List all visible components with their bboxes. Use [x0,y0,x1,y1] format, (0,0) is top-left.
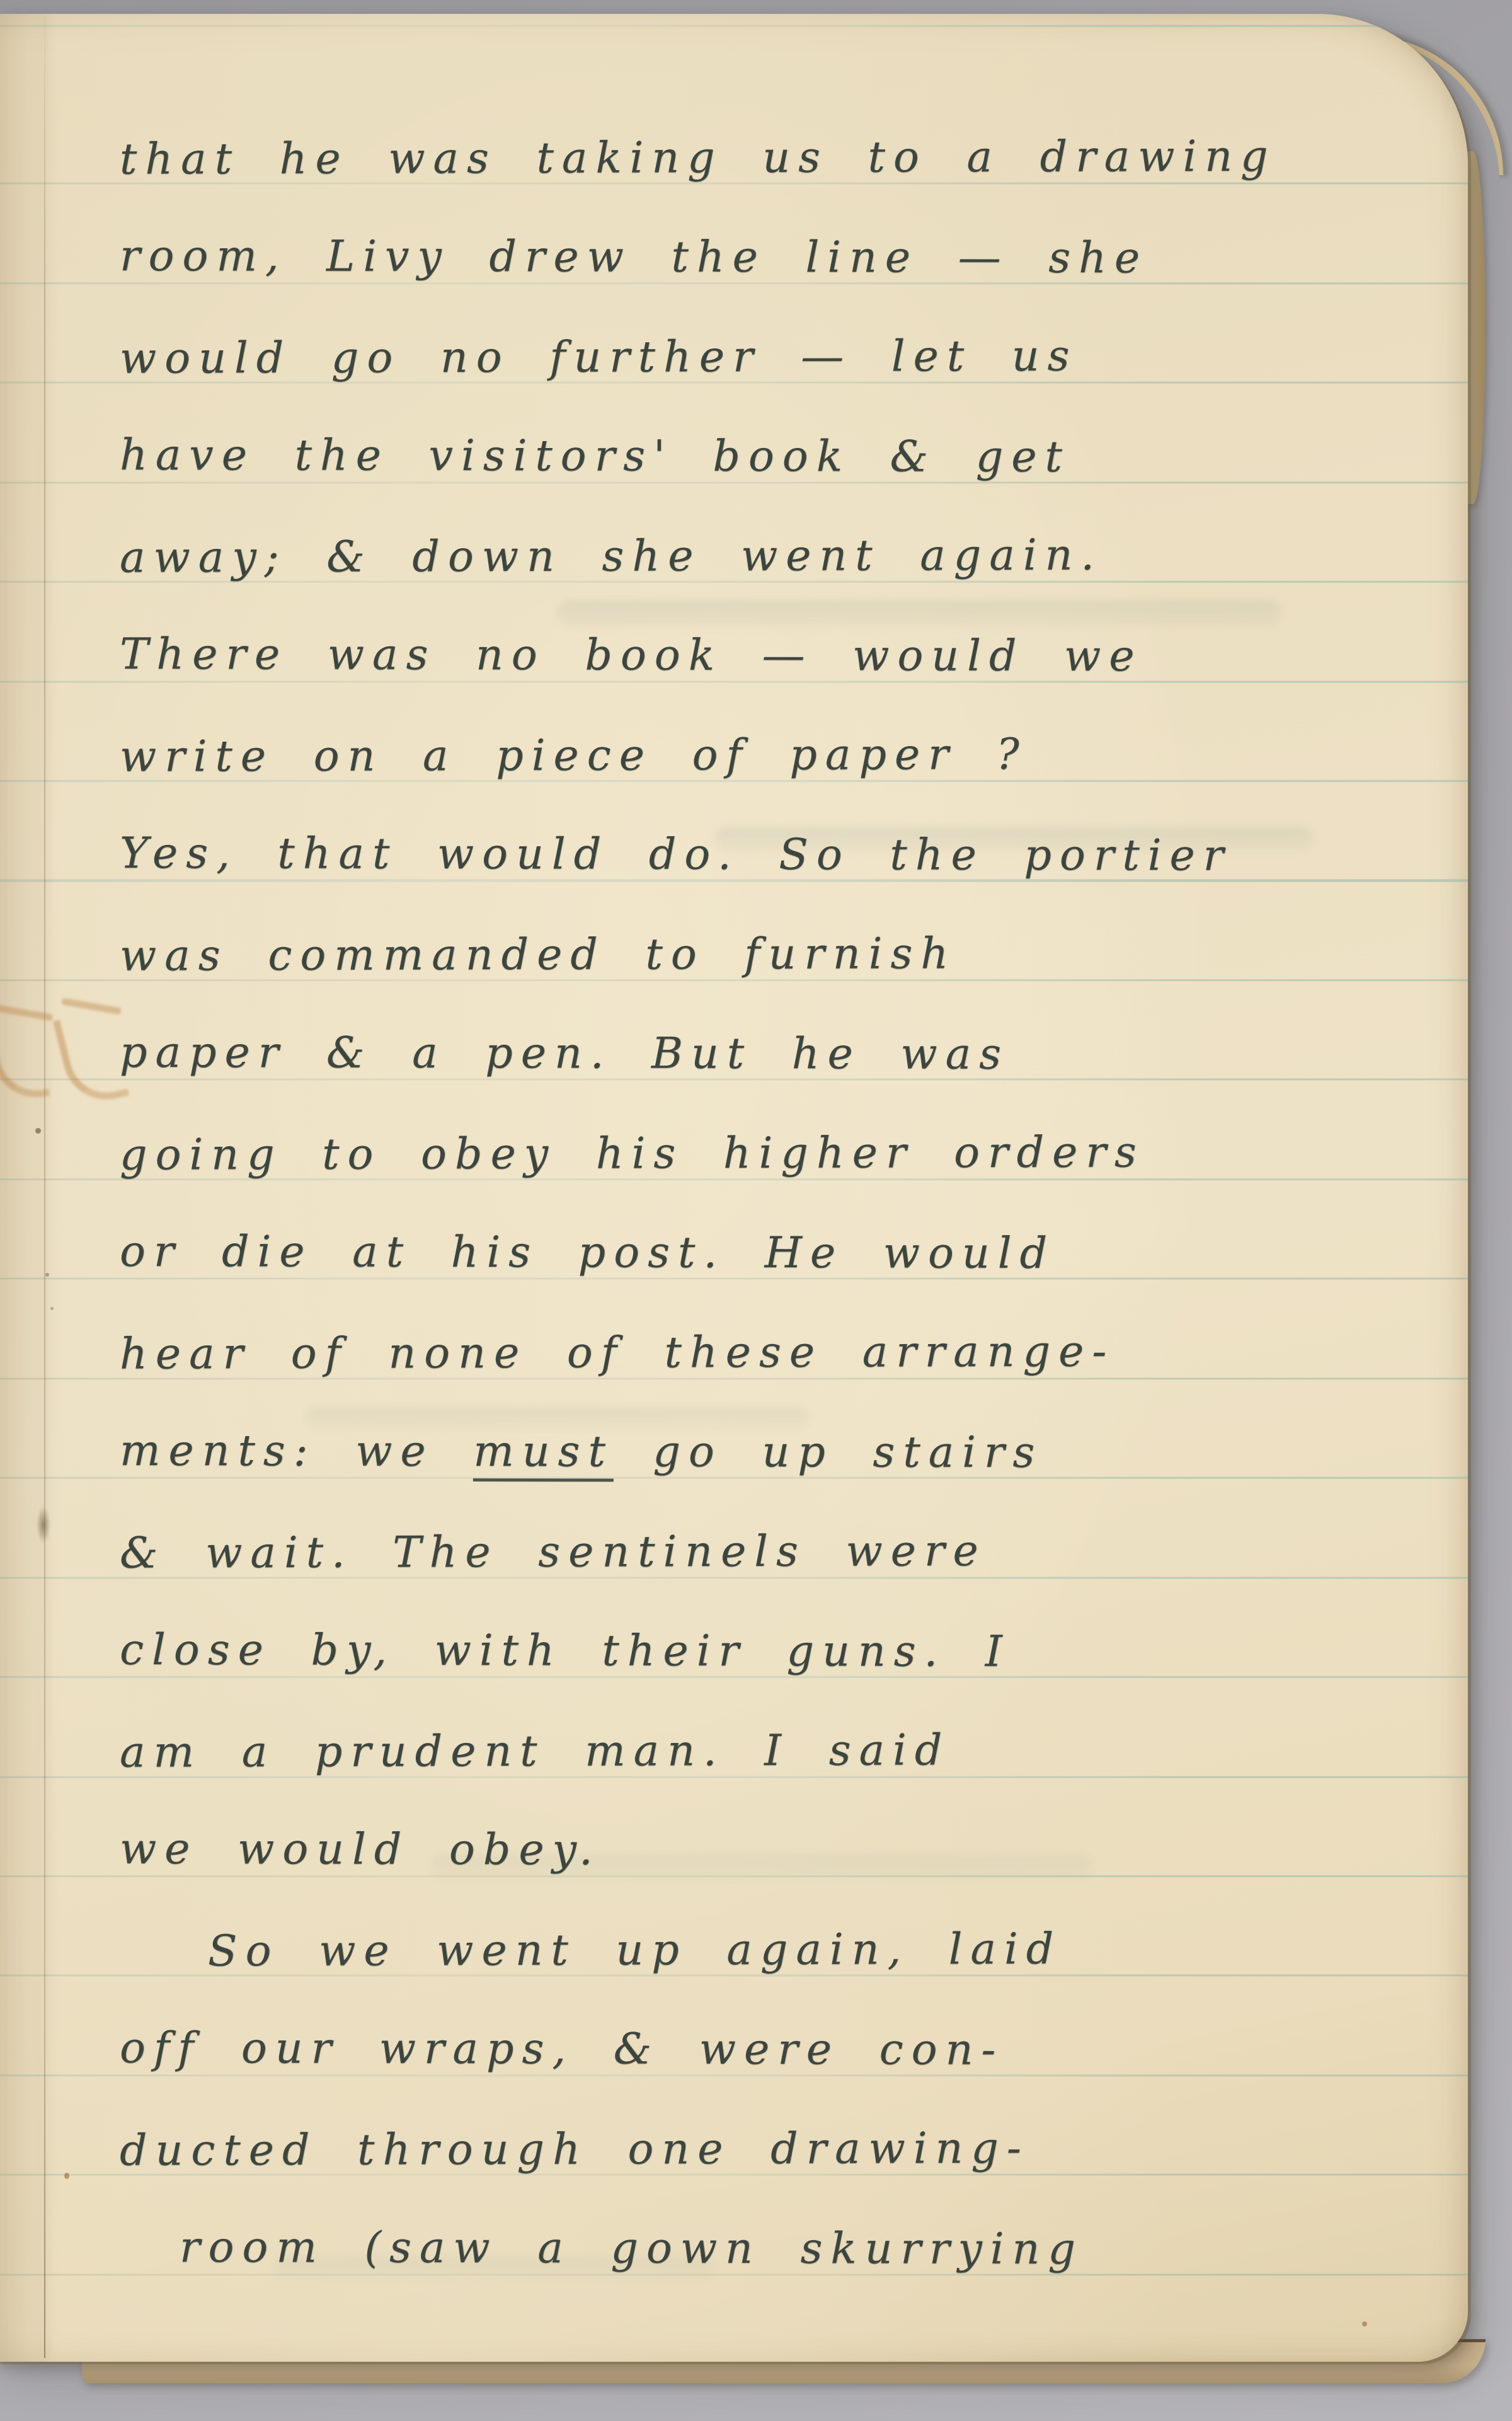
manuscript-line: write on a piece of paper ? [120,704,1392,807]
manuscript-line: ments: we must go up stairs [120,1401,1392,1504]
manuscript-text-segment: away; & down she went again. [120,531,1102,583]
manuscript-line: Yes, that would do. So the portier [120,804,1392,906]
manuscript-line: close by, with their guns. I [120,1601,1392,1703]
manuscript-text-segment: room (saw a gown skurrying [180,2223,1084,2274]
manuscript-text-segment: that he was taking us to a drawing [120,132,1276,185]
manuscript-line: away; & down she went again. [120,505,1392,607]
manuscript-text-segment: going to obey his higher orders [120,1127,1145,1180]
manuscript-line: am a prudent man. I said [120,1699,1392,1802]
underlined-word: must [473,1427,614,1481]
photographed-notebook-scene: that he was taking us to a drawingroom, … [0,0,1512,2421]
manuscript-text-segment: ducted through one drawing- [120,2124,1029,2176]
manuscript-text-segment: There was no book — would we [120,630,1143,681]
manuscript-line: we would obey. [120,1800,1392,1902]
manuscript-line: hear of none of these arrange- [120,1301,1392,1404]
notebook-page: that he was taking us to a drawingroom, … [0,14,1468,2362]
manuscript-line: & wait. The sentinels were [120,1500,1392,1603]
manuscript-line: would go no further — let us [120,306,1392,408]
manuscript-line: There was no book — would we [120,605,1392,707]
manuscript-line: that he was taking us to a drawing [120,106,1392,209]
manuscript-text-segment: Yes, that would do. So the portier [120,829,1232,881]
manuscript-text-segment: have the visitors' book & get [120,430,1070,482]
manuscript-line: room, Livy drew the line — she [120,207,1392,309]
dust-speck [50,1307,54,1310]
manuscript-text-segment: write on a piece of paper ? [120,730,1028,782]
manuscript-text-segment: room, Livy drew the line — she [120,231,1148,283]
manuscript-line: was commanded to furnish [120,903,1392,1006]
foxing-speck [1362,2321,1367,2326]
manuscript-line: or die at his post. He would [120,1202,1392,1304]
binding-crease [44,16,45,2358]
manuscript-line: off our wraps, & were con- [120,1999,1392,2101]
manuscript-text-segment: & wait. The sentinels were [120,1526,987,1579]
manuscript-line: have the visitors' book & get [120,406,1392,508]
manuscript-text-segment: am a prudent man. I said [120,1725,951,1777]
dust-speck [64,2173,69,2179]
manuscript-text-segment: So we went up again, laid [208,1924,1062,1977]
paper-nick [37,1506,50,1544]
manuscript-text-segment: ments: we [120,1426,473,1476]
manuscript-text-segment: off our wraps, & were con- [120,2023,1004,2075]
manuscript-text-segment: would go no further — let us [120,331,1078,384]
manuscript-line: So we went up again, laid [120,1899,1392,2001]
binding-gutter-shadow [0,14,59,2362]
manuscript-text-segment: hear of none of these arrange- [120,1327,1114,1379]
manuscript-text-segment: was commanded to furnish [120,929,956,980]
manuscript-line: ducted through one drawing- [120,2098,1392,2200]
manuscript-text-segment: or die at his post. He would [120,1227,1055,1279]
manuscript-text-segment: go up stairs [614,1427,1043,1478]
manuscript-line: room (saw a gown skurrying [120,2198,1392,2300]
manuscript-text-segment: paper & a pen. But he was [120,1028,1009,1079]
manuscript-text-segment: close by, with their guns. I [120,1625,1011,1677]
manuscript-line: going to obey his higher orders [120,1102,1392,1205]
manuscript-text-segment: we would obey. [120,1824,601,1875]
dust-speck [45,1273,49,1277]
handwritten-text: that he was taking us to a drawingroom, … [120,108,1392,2299]
dust-speck [35,1128,41,1134]
manuscript-line: paper & a pen. But he was [120,1003,1392,1105]
